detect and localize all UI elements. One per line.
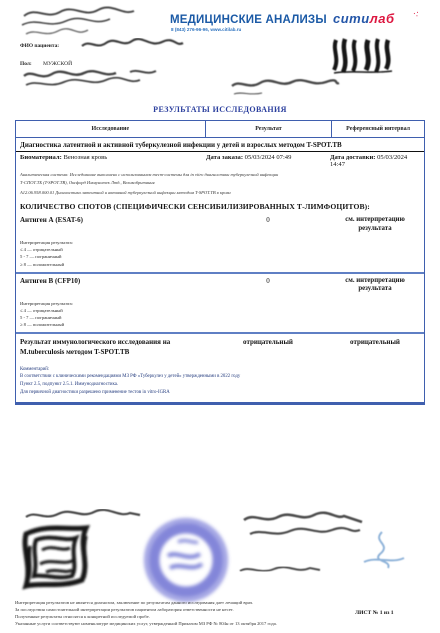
footer-line-1: Интерпретация результатов не является ди…	[15, 599, 355, 606]
footer-line-3: Полученные результаты относятся к конкре…	[15, 613, 355, 620]
antigen-a-row: Антиген А (ESAT-6) 0 см. интерпретацию р…	[16, 213, 424, 233]
comment-line-1: В соответствии с клиническими рекомендац…	[20, 373, 420, 381]
delivery-date-label: Дата доставки:	[330, 154, 375, 161]
antigen-a-interpretation: Интерпретация результата: ≤ 4 — отрицате…	[16, 233, 424, 271]
antigen-b-name: Антиген В (CFP10)	[20, 277, 206, 294]
spots-count-heading: КОЛИЧЕСТВО СПОТОВ (СПЕЦИФИЧЕСКИ СЕНСИБИЛ…	[16, 198, 424, 213]
final-result-name: Результат иммунологического исследования…	[20, 338, 206, 358]
column-header-result: Результат	[206, 121, 332, 137]
citilab-logo: ситилаб	[333, 11, 395, 26]
antigen-a-reference: см. интерпретацию результата	[330, 216, 420, 233]
antigen-a-name: Антиген А (ESAT-6)	[20, 216, 206, 233]
antigen-b-row: Антиген В (CFP10) 0 см. интерпретацию ре…	[16, 274, 424, 294]
order-date-label: Дата заказа:	[206, 154, 243, 161]
footer-disclaimer: Интерпретация результатов не является ди…	[15, 599, 355, 627]
antigen-b-result: 0	[206, 277, 330, 294]
final-result-value: отрицательный	[206, 338, 330, 358]
brand-title: МЕДИЦИНСКИЕ АНАЛИЗЫ	[170, 14, 327, 26]
results-heading: РЕЗУЛЬТАТЫ ИССЛЕДОВАНИЯ	[0, 105, 440, 114]
redacted-barcode-block	[330, 36, 398, 76]
redacted-patient-details	[20, 68, 165, 92]
interpretation-item: 5 - 7 — пограничный	[20, 314, 420, 321]
column-header-reference: Референсный интервал	[332, 121, 424, 137]
interpretation-item: ≤ 4 — отрицательный	[20, 307, 420, 314]
patient-sex-value: МУЖСКОЙ	[43, 61, 72, 67]
order-meta-row: Биоматериал: Венозная кровь Дата заказа:…	[16, 152, 424, 169]
patient-sex-label: Пол:	[20, 61, 32, 67]
interpretation-title: Интерпретация результата:	[20, 239, 420, 246]
analytic-line-2: Т-СПОТ.ТБ (T-SPOT.TB), Оксфорд Иммунотек…	[20, 180, 420, 187]
lab-stamp-blue-round	[138, 512, 234, 608]
results-table-header: Исследование Результат Референсный интер…	[16, 121, 424, 138]
final-result-reference: отрицательный	[330, 338, 420, 358]
antigen-b-reference: см. интерпретацию результата	[330, 277, 420, 294]
redacted-doctor-signature-right	[240, 508, 368, 550]
comment-line-2: Пункт 2.5, подпункт 2.5.1. Иммунодиагнос…	[20, 381, 420, 389]
results-table: Исследование Результат Референсный интер…	[15, 120, 425, 405]
logo-dots-icon: ∵	[413, 9, 422, 20]
column-header-study: Исследование	[16, 121, 206, 137]
order-date: Дата заказа: 05/03/2024 07:49	[206, 154, 330, 168]
interpretation-item: ≥ 8 — положительный	[20, 321, 420, 328]
biomaterial-label: Биоматериал:	[20, 154, 62, 161]
sheet-number: ЛИСТ № 1 из 1	[355, 610, 394, 616]
delivery-date: Дата доставки: 05/03/2024 14:47	[330, 154, 420, 168]
antigen-a-result: 0	[206, 216, 330, 233]
logo-text-red: лаб	[370, 11, 395, 26]
patient-fio-label: ФИО пациента:	[20, 43, 59, 49]
test-title: Диагностика латентной и активной туберку…	[16, 138, 424, 152]
redacted-small-note	[236, 562, 326, 580]
analytic-line-1: Аналитическая система: Исследование выпо…	[20, 172, 420, 179]
brand-contact: 8 (843) 276-96-96, www.citilab.ru	[171, 27, 241, 32]
redacted-patient-name	[78, 36, 186, 52]
logo-text-blue: сити	[333, 11, 370, 26]
order-date-value: 05/03/2024 07:49	[245, 154, 292, 161]
comment-block: Комментарий: В соответствии с клинически…	[16, 360, 424, 403]
comment-label: Комментарий:	[20, 366, 420, 374]
lab-report-page: МЕДИЦИНСКИЕ АНАЛИЗЫ 8 (843) 276-96-96, w…	[0, 0, 440, 633]
interpretation-item: ≤ 4 — отрицательный	[20, 246, 420, 253]
interpretation-title: Интерпретация результата:	[20, 300, 420, 307]
analytic-line-3: А12.06.958.000.01 Диагностика латентной …	[20, 190, 420, 197]
analytic-system-note: Аналитическая система: Исследование выпо…	[16, 169, 424, 198]
comment-line-3: Для первичной диагностики разрешено прим…	[20, 389, 420, 397]
biomaterial-value: Венозная кровь	[63, 154, 107, 161]
footer-line-2: За последствия самостоятельной интерпрет…	[15, 606, 355, 613]
final-result-row: Результат иммунологического исследования…	[16, 334, 424, 360]
interpretation-item: 5 - 7 — пограничный	[20, 253, 420, 260]
interpretation-item: ≥ 8 — положительный	[20, 261, 420, 268]
biomaterial: Биоматериал: Венозная кровь	[20, 154, 206, 168]
redacted-order-info	[228, 76, 343, 100]
signature-light-blue	[358, 528, 408, 572]
antigen-b-interpretation: Интерпретация результата: ≤ 4 — отрицате…	[16, 294, 424, 332]
footer-line-4: Указанные услуги соответствуют номенклат…	[15, 620, 355, 627]
lab-stamp-black	[18, 522, 96, 594]
